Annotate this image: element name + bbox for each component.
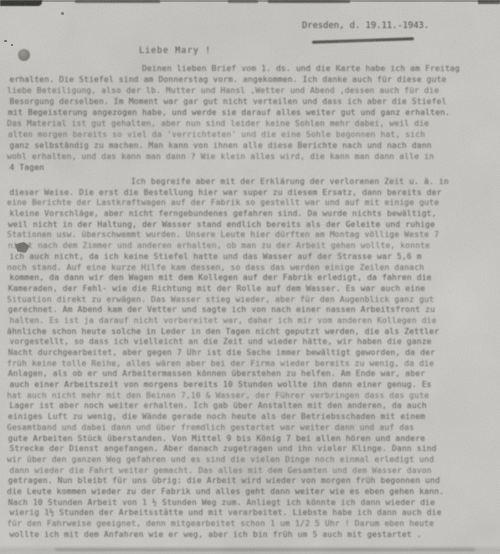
text-line: Kameraden, der Fehl- wie die Richtung mi… <box>8 284 474 295</box>
text-line: gerechnet. Am Abend kam der Vetter und s… <box>8 305 474 316</box>
scan-edge-blob <box>268 0 350 3</box>
text-line: wierig 1½ Stunden der Arbeitsstätte und … <box>10 508 476 519</box>
text-line: Nach 10 Stunden Arbeit von 1 ½ Stunden W… <box>8 498 474 509</box>
text-line: kleine Vorschläge, aber nicht ferngebund… <box>10 209 476 220</box>
text-line: die Leute kommen wieder zu der Fabrik un… <box>7 487 473 498</box>
text-line: für den Fahrweise geeignet, denn mitgear… <box>7 519 473 530</box>
text-line: Deinen lieben Brief vom 1. ds. und die K… <box>8 63 474 74</box>
text-line: eine Berichte der Lastkraftwagen auf der… <box>7 198 473 209</box>
text-line: Stationen usw. überschwemmt wurden. Unse… <box>7 230 473 241</box>
text-line: ich auch nicht, da ich keine Stiefel hat… <box>10 252 476 263</box>
text-line: Anlagen, als ob er und Arbeitermassen kö… <box>8 369 474 380</box>
scan-edge-blob <box>228 0 258 3</box>
text-line: wohl erhalten, und das kann man dann ? W… <box>7 151 473 162</box>
ink-speck <box>11 44 13 46</box>
paragraph: Deinen lieben Brief vom 1. ds. und die K… <box>8 63 474 173</box>
text-line: Lager ist aber noch weiter erhalten. Ich… <box>10 401 476 412</box>
text-line: vorgestellt, so dass ich vielleicht an d… <box>10 337 476 348</box>
scanned-letter-page: Dresden, d. 19.11.-1943. Liebe Mary ! De… <box>0 0 500 554</box>
paragraph: Ich begreife aber mit der Erklärung der … <box>8 177 474 540</box>
text-line: gute Arbeiten Stück überstanden. Von Mit… <box>8 434 474 445</box>
text-line: getragen. Nun bleibt für uns übrig: die … <box>8 476 474 487</box>
dateline-underline <box>312 37 414 44</box>
text-line: alten morgen bereits so viel da 'verrich… <box>8 129 474 140</box>
text-line: dieser Weise. Die erst die Bestellung hi… <box>10 188 476 199</box>
text-line: auch einer Arbeitszeit von morgens berei… <box>10 380 476 391</box>
text-line: halten. Es ist ja darauf nicht vorbereit… <box>10 316 476 327</box>
text-line: liebe Beteiligung, also der lb. Mutter u… <box>7 85 473 96</box>
text-line: mit Begeisterung angezogen habe, und wer… <box>8 107 474 118</box>
text-line: Situation direkt zu erwägen. Das Wasser … <box>7 295 473 306</box>
text-line: Das Material ist gut gehalten, aber nun … <box>7 118 473 129</box>
text-line: hat auch nicht mehr mit den Beinen 7,10 … <box>7 391 473 402</box>
scan-bottom-streak <box>55 548 475 551</box>
text-line: kommen, da dann wir den Wagen mit dem Ko… <box>10 273 476 284</box>
hole-punch-mark <box>18 49 30 61</box>
text-line: nicht nach dem Zimmer und anderen erhalt… <box>8 241 474 252</box>
text-line: ähnliche schon heute solche in Leder in … <box>7 327 473 338</box>
text-line: wollte ich mit dem Anfahren wie er weg, … <box>10 530 476 541</box>
text-line: Strecke der Dienst angefangen. Aber dana… <box>10 444 476 455</box>
text-line: weil nicht in der Haltung, der Wasser st… <box>8 220 474 231</box>
scan-edge-blob <box>478 0 500 4</box>
text-line: 4 Tagen <box>10 162 476 173</box>
text-line: einiges Luft zu wenig, die Wände gerade … <box>8 412 474 423</box>
text-line: Gesamtband und dabei dann und über fremd… <box>7 423 473 434</box>
letter-body: Deinen lieben Brief vom 1. ds. und die K… <box>8 63 474 540</box>
scan-edge-blob <box>0 0 42 6</box>
dateline: Dresden, d. 19.11.-1943. <box>302 21 429 31</box>
scan-edge-blob <box>75 0 160 3</box>
text-line: noch stand. Auf eine kurze Hilfe kam des… <box>7 263 473 274</box>
text-line: Besorgung derselben. Im Moment war gar g… <box>10 96 476 107</box>
text-line: Nacht durchgearbeitet, aber gegen 7 Uhr … <box>8 348 474 359</box>
text-line: wir über den ganzen Weg gefahren und es … <box>7 455 473 466</box>
text-line: erhalten. Die Stiefel sind am Donnerstag… <box>10 74 476 85</box>
text-line: dann wieder die Fahrt weiter gemacht. Da… <box>10 466 476 477</box>
ink-speck <box>4 40 7 42</box>
salutation: Liebe Mary ! <box>139 46 211 56</box>
ink-speck <box>61 12 64 15</box>
text-line: früh keine tolle Reihe, alles wären aber… <box>7 359 473 370</box>
text-line: ganz selbständig zu machen. Man kann von… <box>10 140 476 151</box>
text-line: Ich begreife aber mit der Erklärung der … <box>8 177 474 188</box>
scan-top-edge-artifact <box>0 0 500 8</box>
